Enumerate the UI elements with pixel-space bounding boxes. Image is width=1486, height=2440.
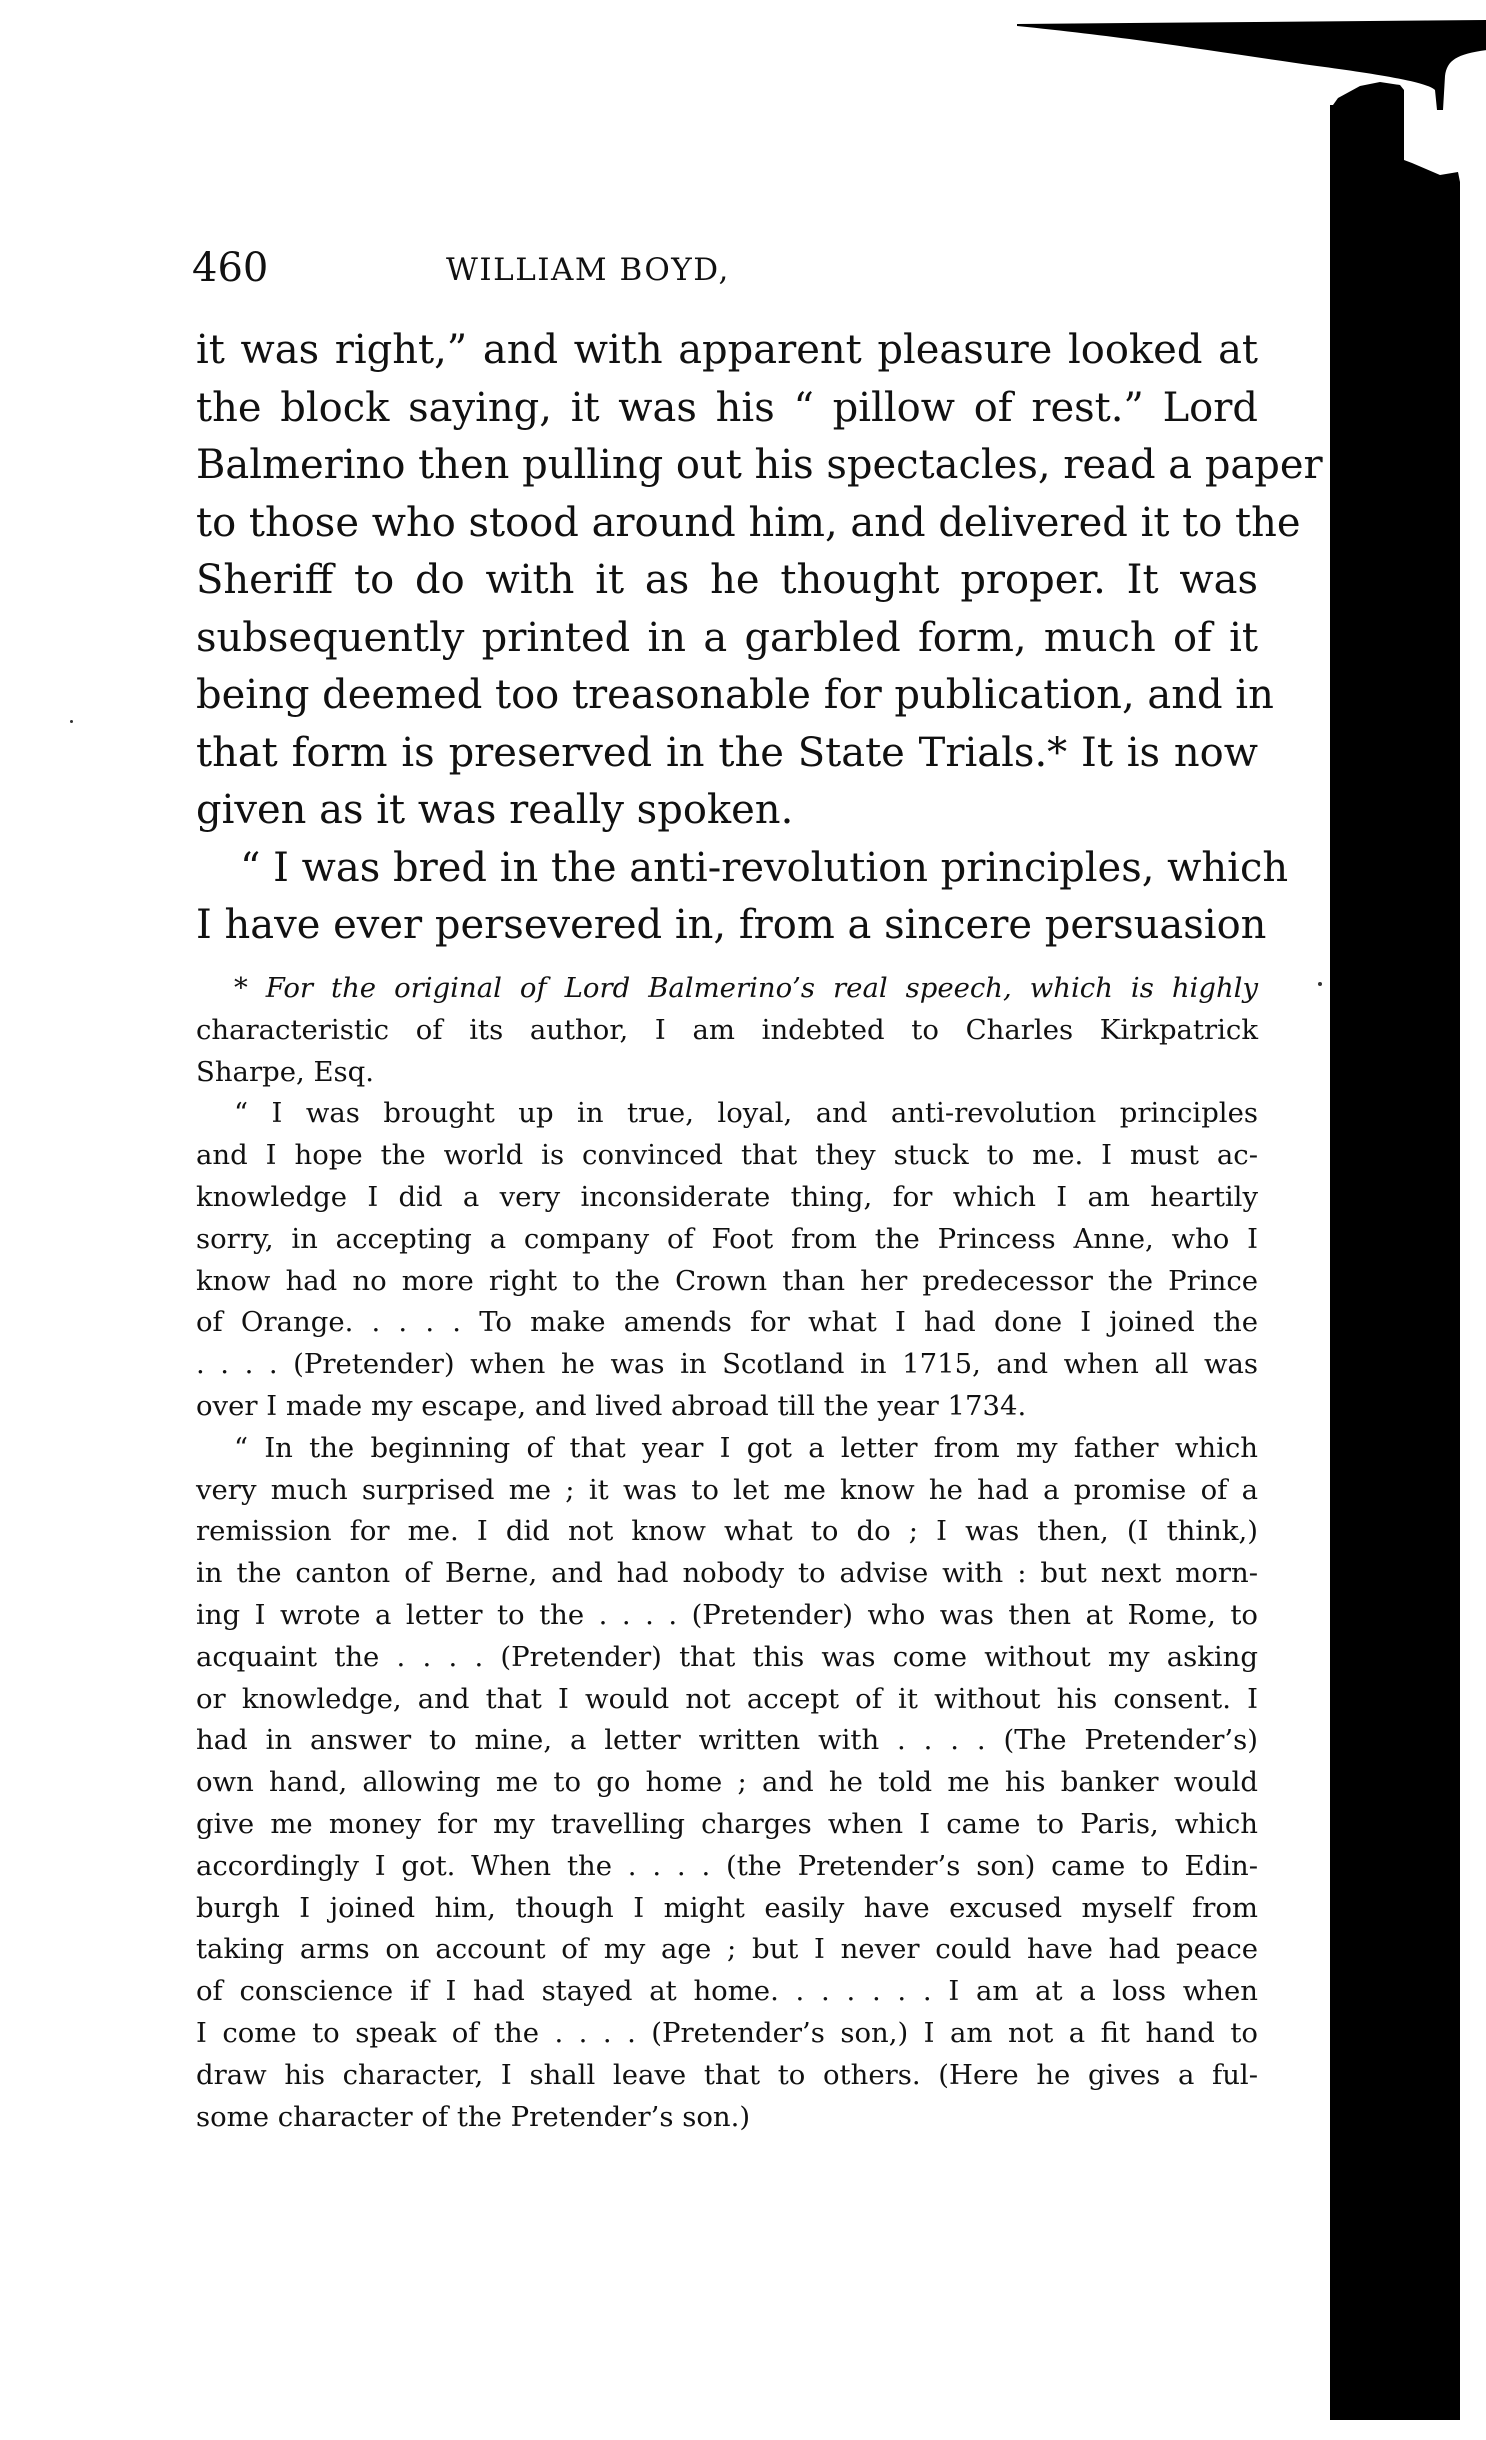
body-line: the block saying, it was his “ pillow of… [196, 380, 1258, 438]
footnote-line: own hand, allowing me to go home ; and h… [196, 1762, 1258, 1804]
body-line: being deemed too treasonable for publica… [196, 667, 1258, 725]
body-line: “ I was bred in the anti-revolution prin… [196, 840, 1258, 898]
running-head: 460 WILLIAM BOYD, [192, 240, 1262, 296]
footnote-line: . . . . (Pretender) when he was in Scotl… [196, 1344, 1258, 1386]
footnote-line: characteristic of its author, I am indeb… [196, 1010, 1258, 1052]
footnote-line: “ I was brought up in true, loyal, and a… [196, 1093, 1258, 1135]
footnote-line: of Orange. . . . . To make amends for wh… [196, 1302, 1258, 1344]
footnote-line: “ In the beginning of that year I got a … [196, 1428, 1258, 1470]
scan-speck [70, 720, 73, 723]
body-line: I have ever persevered in, from a sincer… [196, 897, 1258, 955]
body-line: that form is preserved in the State Tria… [196, 725, 1258, 783]
footnote-line: acquaint the . . . . (Pretender) that th… [196, 1637, 1258, 1679]
body-line: Balmerino then pulling out his spectacle… [196, 437, 1258, 495]
footnote-line: knowledge I did a very inconsiderate thi… [196, 1177, 1258, 1219]
body-line: Sheriff to do with it as he thought prop… [196, 552, 1258, 610]
body-line: given as it was really spoken. [196, 782, 1258, 840]
footnote-line: had in answer to mine, a letter written … [196, 1720, 1258, 1762]
footnote-line: taking arms on account of my age ; but I… [196, 1929, 1258, 1971]
footnote-line: some character of the Pretender’s son.) [196, 2097, 1258, 2139]
scan-speck [1318, 982, 1322, 986]
footnote-line: accordingly I got. When the . . . . (the… [196, 1846, 1258, 1888]
footnote-line: or knowledge, and that I would not accep… [196, 1679, 1258, 1721]
footnote-line: burgh I joined him, though I might easil… [196, 1888, 1258, 1930]
footnote-line: of conscience if I had stayed at home. .… [196, 1971, 1258, 2013]
footnote-line: Sharpe, Esq. [196, 1052, 1258, 1094]
footnote-line: I come to speak of the . . . . (Pretende… [196, 2013, 1258, 2055]
footnote-line: very much surprised me ; it was to let m… [196, 1470, 1258, 1512]
body-line: subsequently printed in a garbled form, … [196, 610, 1258, 668]
footnote-line: know had no more right to the Crown than… [196, 1261, 1258, 1303]
footnote-line: remission for me. I did not know what to… [196, 1511, 1258, 1553]
running-head-title: WILLIAM BOYD, [446, 242, 730, 298]
footnote-line: draw his character, I shall leave that t… [196, 2055, 1258, 2097]
scan-edge-right-bar [1290, 0, 1486, 2440]
footnote-line: sorry, in accepting a company of Foot fr… [196, 1219, 1258, 1261]
page-number: 460 [192, 240, 268, 296]
footnote-line: over I made my escape, and lived abroad … [196, 1386, 1258, 1428]
main-text: it was right,” and with apparent pleasur… [196, 322, 1258, 955]
footnote-line: in the canton of Berne, and had nobody t… [196, 1553, 1258, 1595]
footnote-line: and I hope the world is convinced that t… [196, 1135, 1258, 1177]
body-line: to those who stood around him, and deliv… [196, 495, 1258, 553]
footnote-line: give me money for my travelling charges … [196, 1804, 1258, 1846]
footnote-line: ing I wrote a letter to the . . . . (Pre… [196, 1595, 1258, 1637]
footnote: * For the original of Lord Balmerino’s r… [196, 968, 1258, 2138]
footnote-line: * For the original of Lord Balmerino’s r… [196, 968, 1258, 1010]
body-line: it was right,” and with apparent pleasur… [196, 322, 1258, 380]
